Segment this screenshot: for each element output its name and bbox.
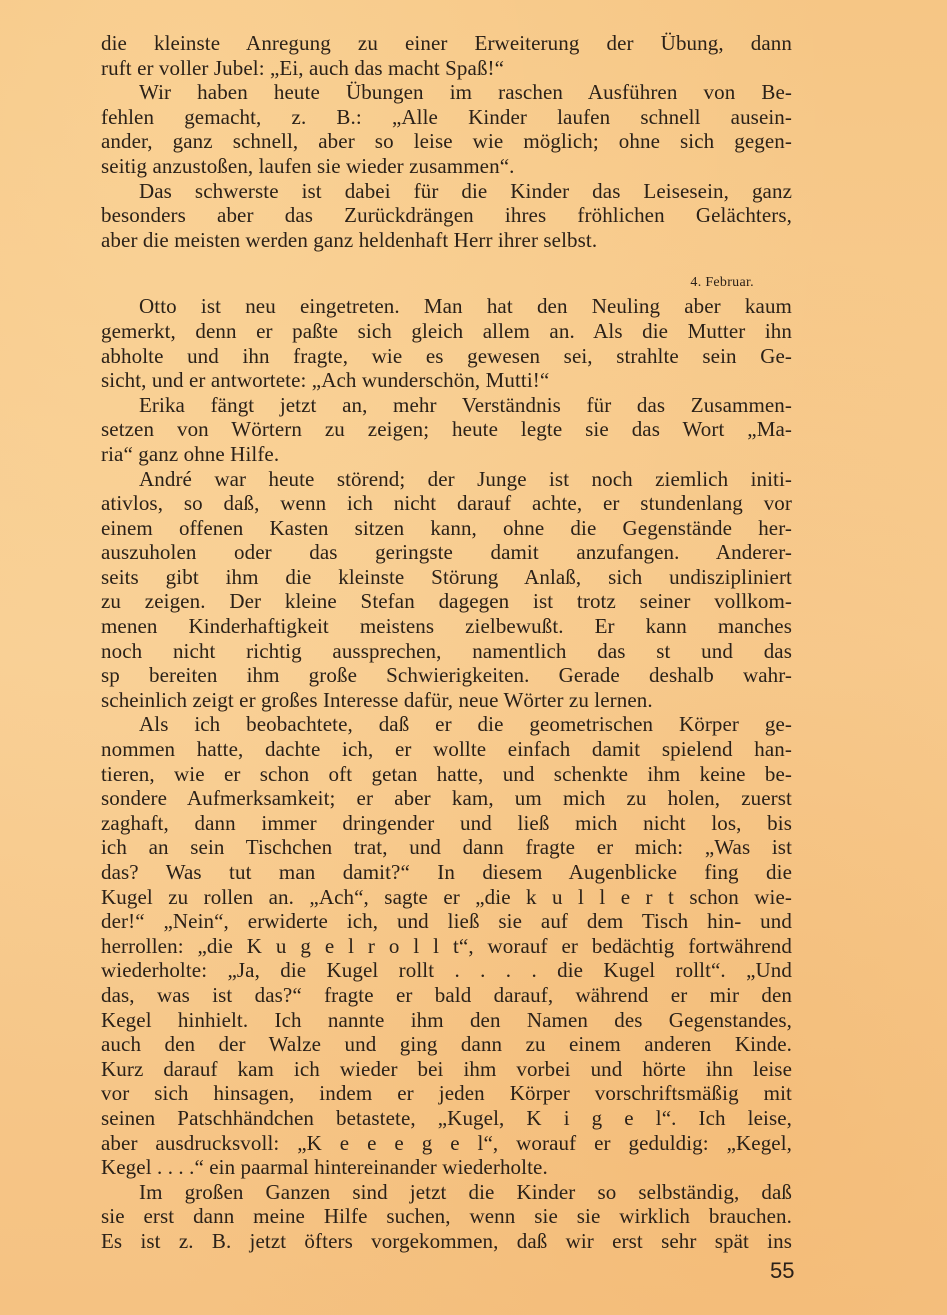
section-gap <box>101 252 792 272</box>
paragraph: Wir haben heute Übungen im raschen Ausfü… <box>101 80 792 178</box>
text-line: vor sich hinsagen, indem er jeden Körper… <box>101 1081 792 1106</box>
text-line: Es ist z. B. jetzt öfters vorgekommen, d… <box>101 1229 792 1254</box>
text-line: zu zeigen. Der kleine Stefan dagegen ist… <box>101 589 792 614</box>
text-line: Erika fängt jetzt an, mehr Verständnis f… <box>101 393 792 418</box>
paragraph: Otto ist neu eingetreten. Man hat den Ne… <box>101 294 792 392</box>
paragraph: Im großen Ganzen sind jetzt die Kinder s… <box>101 1180 792 1254</box>
text-line: Das schwerste ist dabei für die Kinder d… <box>101 179 792 204</box>
text-line: Kurz darauf kam ich wieder bei ihm vorbe… <box>101 1057 792 1082</box>
text-line: das? Was tut man damit?“ In diesem Augen… <box>101 860 792 885</box>
text-line: fehlen gemacht, z. B.: „Alle Kinder lauf… <box>101 105 792 130</box>
text-line: sie erst dann meine Hilfe suchen, wenn s… <box>101 1204 792 1229</box>
text-line: menen Kinderhaftigkeit meistens zielbewu… <box>101 614 792 639</box>
text-line: zaghaft, dann immer dringender und ließ … <box>101 811 792 836</box>
text-line: Kugel zu rollen an. „Ach“, sagte er „die… <box>101 885 792 910</box>
text-line: nommen hatte, dachte ich, er wollte einf… <box>101 737 792 762</box>
text-line: auch den der Walze und ging dann zu eine… <box>101 1032 792 1057</box>
text-line: tieren, wie er schon oft getan hatte, un… <box>101 762 792 787</box>
text-line: gemerkt, denn er paßte sich gleich allem… <box>101 319 792 344</box>
paragraph: Erika fängt jetzt an, mehr Verständnis f… <box>101 393 792 467</box>
text-line: sicht, und er antwortete: „Ach wundersch… <box>101 368 792 393</box>
text-line: sondere Aufmerksamkeit; er aber kam, um … <box>101 786 792 811</box>
text-line: ander, ganz schnell, aber so leise wie m… <box>101 129 792 154</box>
text-line: Als ich beobachtete, daß er die geometri… <box>101 712 792 737</box>
paragraph: Als ich beobachtete, daß er die geometri… <box>101 712 792 1179</box>
text-line: auszuholen oder das geringste damit anzu… <box>101 540 792 565</box>
text-line: der!“ „Nein“, erwiderte ich, und ließ si… <box>101 909 792 934</box>
text-line: besonders aber das Zurückdrängen ihres f… <box>101 203 792 228</box>
page-number: 55 <box>770 1258 794 1284</box>
text-line: aber die meisten werden ganz heldenhaft … <box>101 228 792 253</box>
text-line: André war heute störend; der Junge ist n… <box>101 467 792 492</box>
text-after-date: Otto ist neu eingetreten. Man hat den Ne… <box>101 294 792 1253</box>
paragraph: Das schwerste ist dabei für die Kinder d… <box>101 179 792 253</box>
text-line: herrollen: „die K u g e l r o l l t“, wo… <box>101 934 792 959</box>
text-line: seinen Patschhändchen betastete, „Kugel,… <box>101 1106 792 1131</box>
text-line: ativlos, so daß, wenn ich nicht darauf a… <box>101 491 792 516</box>
text-line: ria“ ganz ohne Hilfe. <box>101 442 792 467</box>
text-line: Otto ist neu eingetreten. Man hat den Ne… <box>101 294 792 319</box>
text-line: Kegel hinhielt. Ich nannte ihm den Namen… <box>101 1008 792 1033</box>
paragraph: die kleinste Anregung zu einer Erweiteru… <box>101 31 792 80</box>
text-line: seitig anzustoßen, laufen sie wieder zus… <box>101 154 792 179</box>
text-line: Wir haben heute Übungen im raschen Ausfü… <box>101 80 792 105</box>
date-heading: 4. Februar. <box>101 272 792 294</box>
text-line: Im großen Ganzen sind jetzt die Kinder s… <box>101 1180 792 1205</box>
text-before-date: die kleinste Anregung zu einer Erweiteru… <box>101 31 792 252</box>
text-line: die kleinste Anregung zu einer Erweiteru… <box>101 31 792 56</box>
text-line: ich an sein Tischchen trat, und dann fra… <box>101 835 792 860</box>
text-line: sp bereiten ihm große Schwierigkeiten. G… <box>101 663 792 688</box>
text-line: ruft er voller Jubel: „Ei, auch das mach… <box>101 56 792 81</box>
text-line: das, was ist das?“ fragte er bald darauf… <box>101 983 792 1008</box>
paragraph: André war heute störend; der Junge ist n… <box>101 467 792 713</box>
text-line: setzen von Wörtern zu zeigen; heute legt… <box>101 417 792 442</box>
text-line: einem offenen Kasten sitzen kann, ohne d… <box>101 516 792 541</box>
book-page: die kleinste Anregung zu einer Erweiteru… <box>101 31 792 1254</box>
text-line: scheinlich zeigt er großes Interesse daf… <box>101 688 792 713</box>
text-line: aber ausdrucksvoll: „K e e e g e l“, wor… <box>101 1131 792 1156</box>
text-line: wiederholte: „Ja, die Kugel rollt . . . … <box>101 958 792 983</box>
text-line: abholte und ihn fragte, wie es gewesen s… <box>101 344 792 369</box>
text-line: Kegel . . . .“ ein paarmal hintereinande… <box>101 1155 792 1180</box>
text-line: seits gibt ihm die kleinste Störung Anla… <box>101 565 792 590</box>
text-line: noch nicht richtig aussprechen, namentli… <box>101 639 792 664</box>
